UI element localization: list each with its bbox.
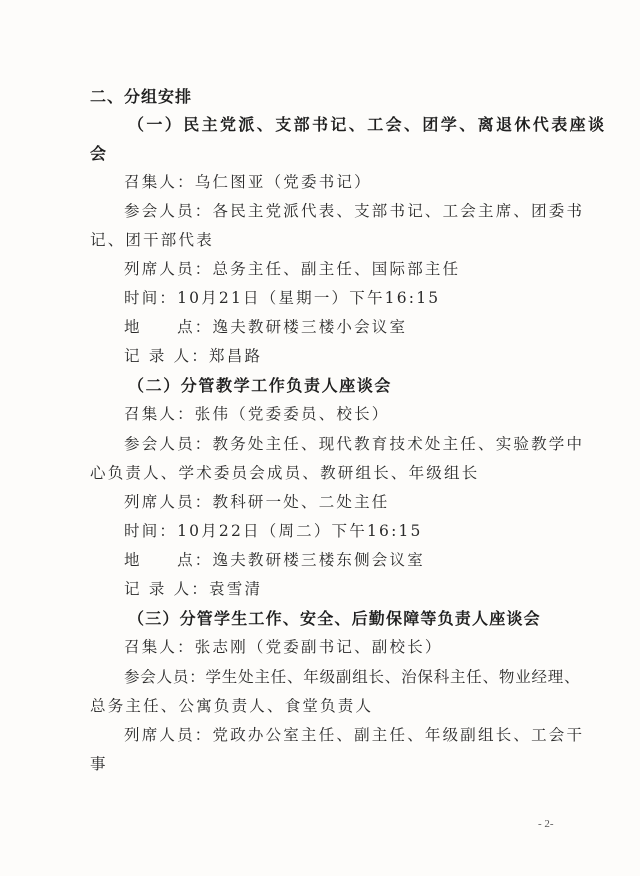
group3-participants: 参会人员：学生处主任、年级副组长、治保科主任、物业经理、 — [124, 665, 580, 687]
group2-participants: 参会人员：教务处主任、现代教育技术处主任、实验教学中 — [124, 432, 584, 454]
group1-attendees: 列席人员：总务主任、副主任、国际部主任 — [124, 257, 460, 279]
group3-convener: 召集人：张志刚（党委副书记、副校长） — [124, 635, 443, 657]
section-title: 二、分组安排 — [90, 84, 192, 107]
group1-convener: 召集人：乌仁图亚（党委书记） — [124, 170, 372, 192]
group2-convener: 召集人：张伟（党委委员、校长） — [124, 402, 390, 424]
group2-participants-cont: 心负责人、学术委员会成员、教研组长、年级组长 — [90, 461, 479, 483]
page-number: - 2- — [538, 818, 554, 830]
group1-participants-cont: 记、团干部代表 — [90, 228, 214, 250]
group1-location: 地 点：逸夫教研楼三楼小会议室 — [124, 315, 407, 337]
group3-attendees-cont: 事 — [90, 752, 108, 774]
group2-attendees: 列席人员：教科研一处、二处主任 — [124, 490, 390, 512]
group2-time: 时间：10月22日（周二）下午16:15 — [124, 519, 423, 541]
group1-recorder: 记 录 人：郑昌路 — [124, 344, 262, 366]
group1-time: 时间：10月21日（星期一）下午16:15 — [124, 286, 440, 308]
group2-location: 地 点：逸夫教研楼三楼东侧会议室 — [124, 548, 425, 570]
group1-heading: （一）民主党派、支部书记、工会、团学、离退休代表座谈 — [128, 112, 606, 135]
group3-heading: （三）分管学生工作、安全、后勤保障等负责人座谈会 — [128, 606, 541, 629]
group3-participants-cont: 总务主任、公寓负责人、食堂负责人 — [90, 694, 373, 716]
group1-heading-cont: 会 — [90, 141, 108, 164]
group2-heading: （二）分管教学工作负责人座谈会 — [128, 373, 392, 396]
group1-participants: 参会人员：各民主党派代表、支部书记、工会主席、团委书 — [124, 199, 584, 221]
group3-attendees: 列席人员：党政办公室主任、副主任、年级副组长、工会干 — [124, 723, 584, 745]
group2-recorder: 记 录 人：袁雪清 — [124, 577, 262, 599]
